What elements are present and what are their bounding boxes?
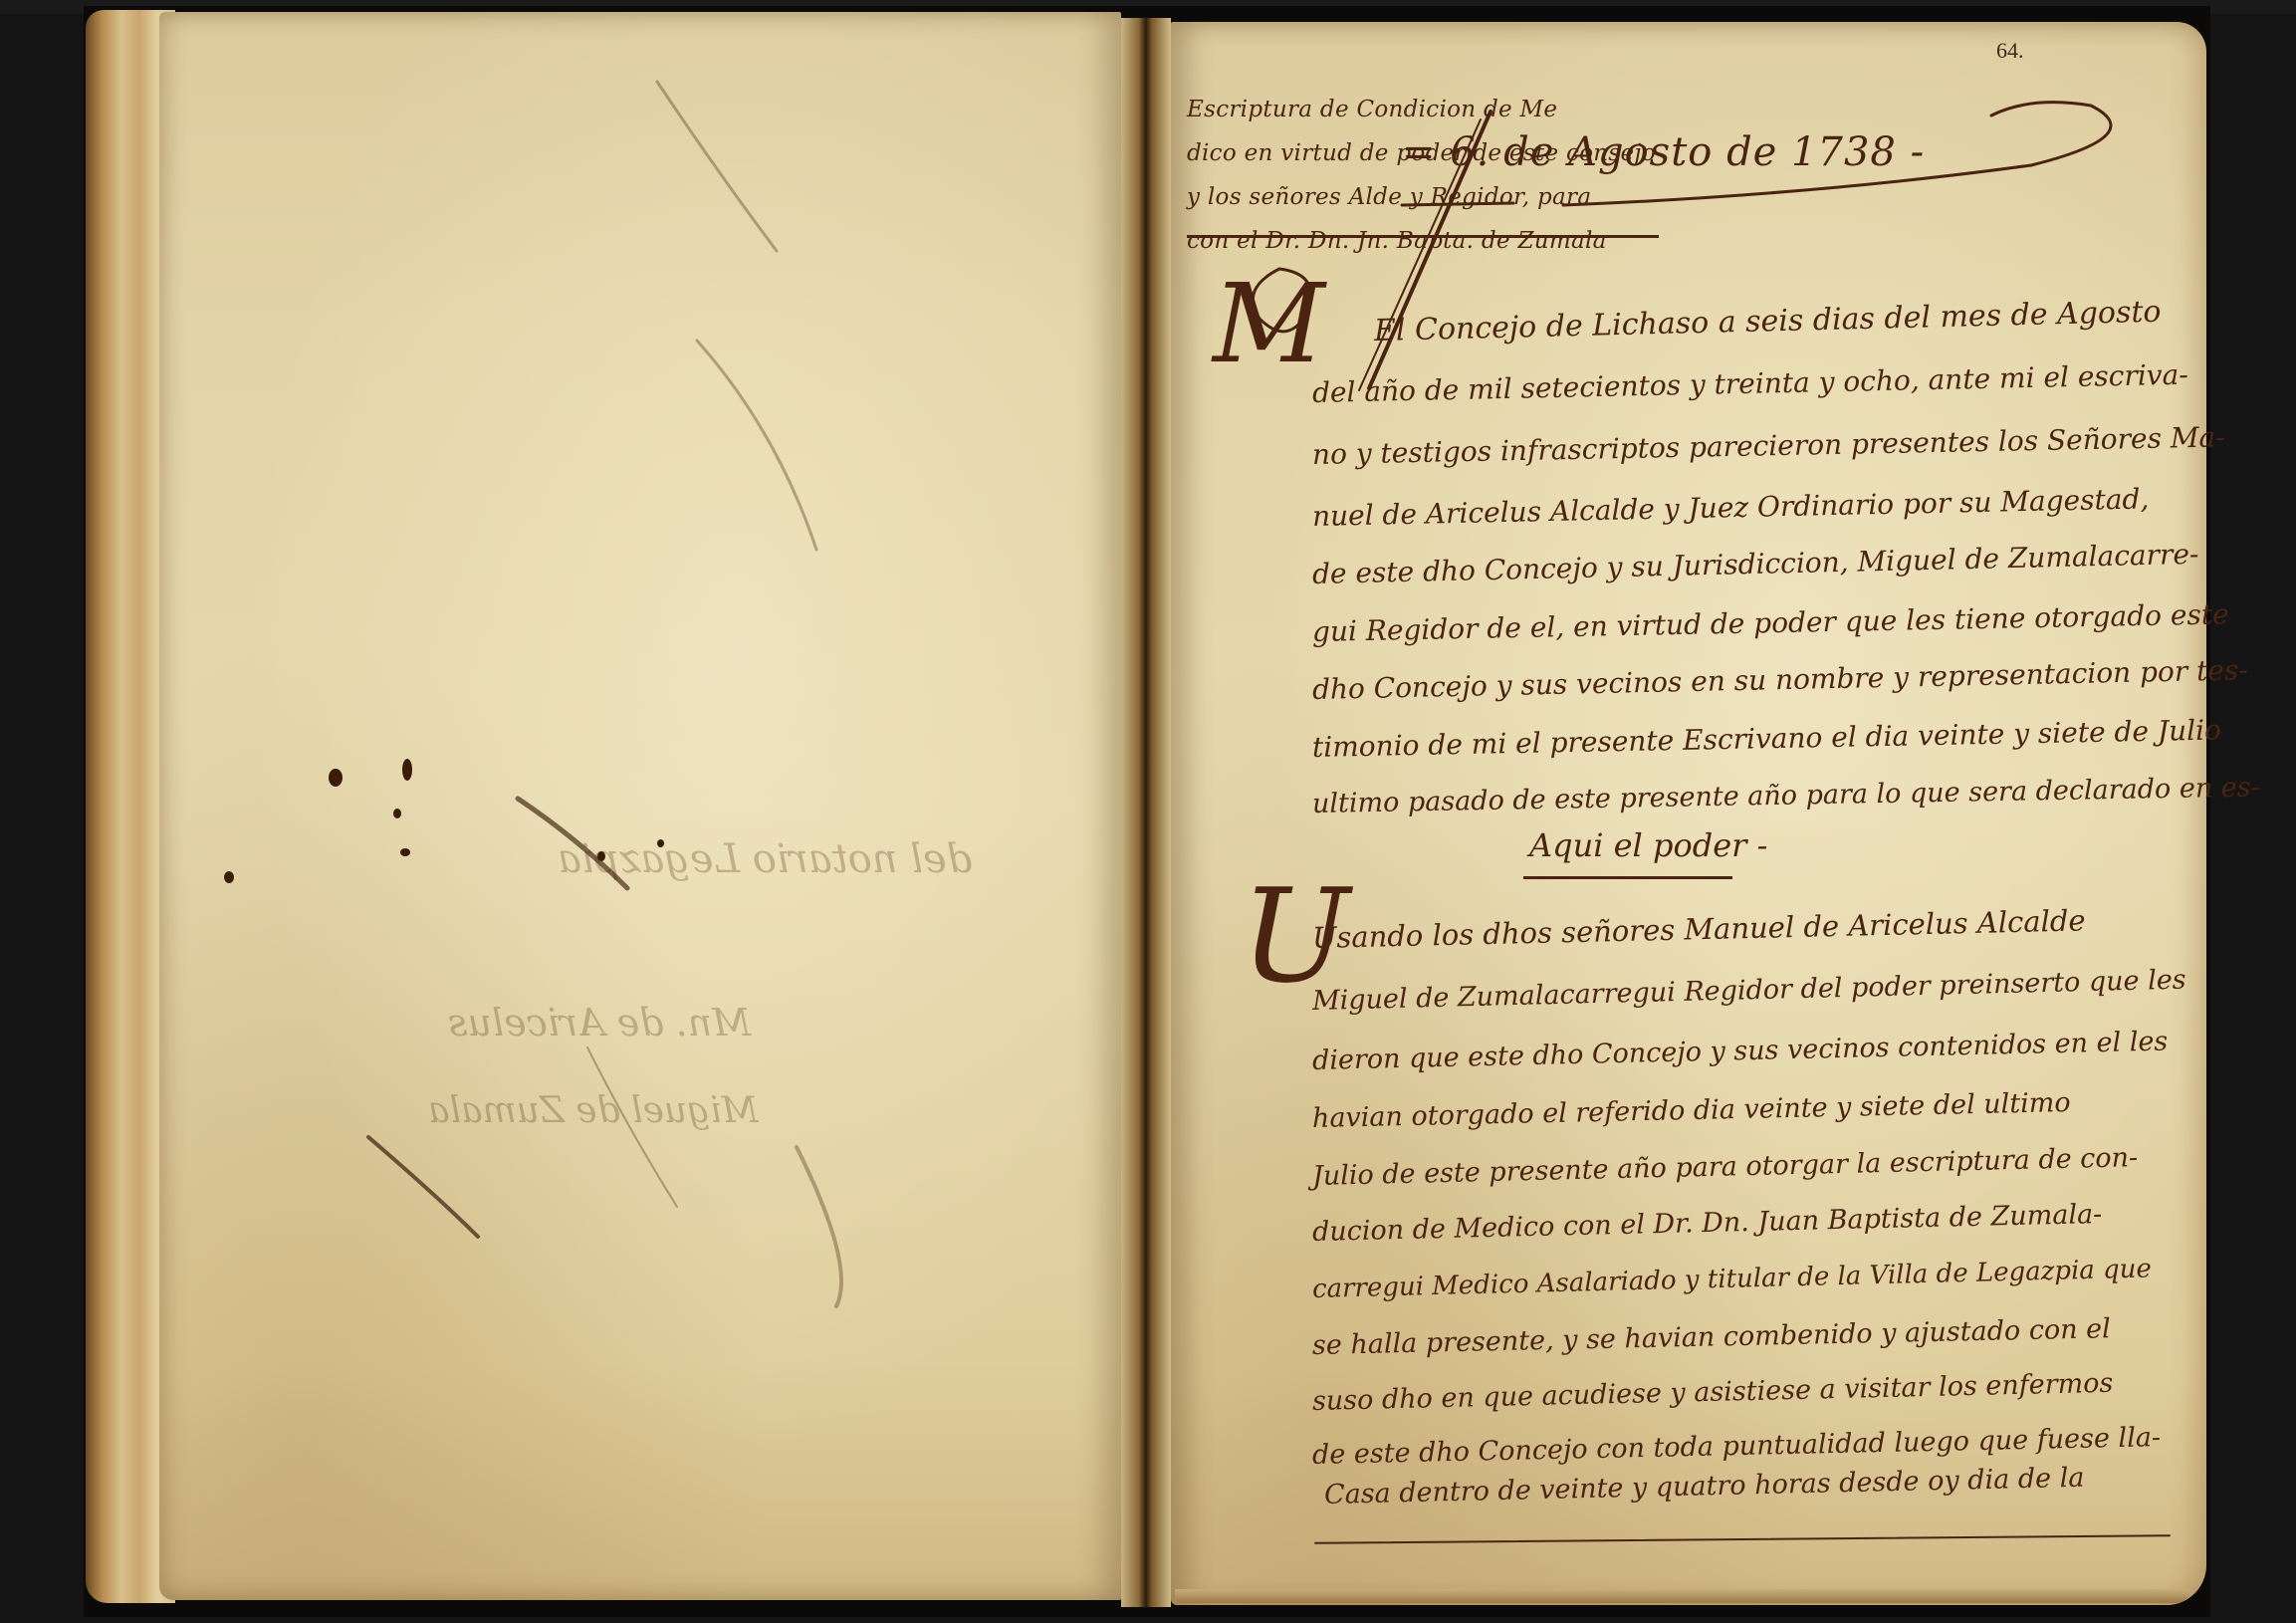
ink-blot [393, 809, 401, 818]
decorated-initial: M [1213, 269, 1325, 378]
ink-blot [657, 839, 664, 847]
section-title: Aqui el poder - [1529, 826, 1767, 864]
ink-blot [597, 851, 605, 861]
right-page-bottom-edge [1175, 1589, 2190, 1603]
bleed-through-strokes [159, 12, 1121, 1600]
book-gutter [1121, 18, 1171, 1607]
section-title-underline [1523, 876, 1732, 879]
folio-number: 64. [1996, 38, 2024, 64]
ink-blot [402, 759, 412, 781]
ink-blot [400, 848, 410, 856]
document-date: = 6. de Agosto de 1738 - [1402, 129, 1925, 175]
ink-blot [224, 871, 234, 883]
ink-blot [329, 769, 343, 787]
